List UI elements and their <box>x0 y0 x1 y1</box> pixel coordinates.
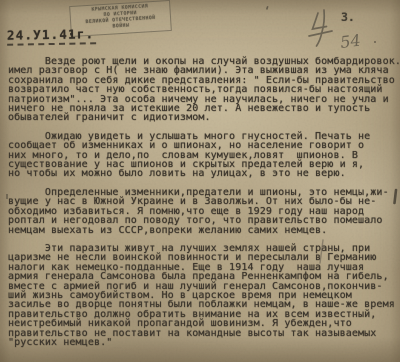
typewritten-document-page: КРЫМСКАЯ КОМИССИЯ ПО ИСТОРИИ ВЕЛИКОЙ ОТЕ… <box>0 0 400 362</box>
document-body: Везде роют щели и окопы на случай воздуш… <box>8 57 396 356</box>
date-line: 24.У1.41г. <box>7 26 97 46</box>
paragraph-germans-ukraine: Определенные изменники,предатели и шпион… <box>8 188 396 235</box>
ink-speck <box>266 6 269 10</box>
ink-speck <box>374 41 376 43</box>
paragraph-spies-talk: Ожидаю увидеть и услышать много гнусност… <box>8 132 396 179</box>
handwritten-crossed-numeral-4 <box>309 10 332 46</box>
paragraph-parasites-history: Эти паразиты живут на лучших землях наше… <box>8 244 396 347</box>
paragraph-trenches-and-rumors: Везде роют щели и окопы на случай воздуш… <box>8 57 396 123</box>
page-number: 3. <box>341 10 355 24</box>
handwritten-sheet-number: 54 <box>339 31 362 52</box>
